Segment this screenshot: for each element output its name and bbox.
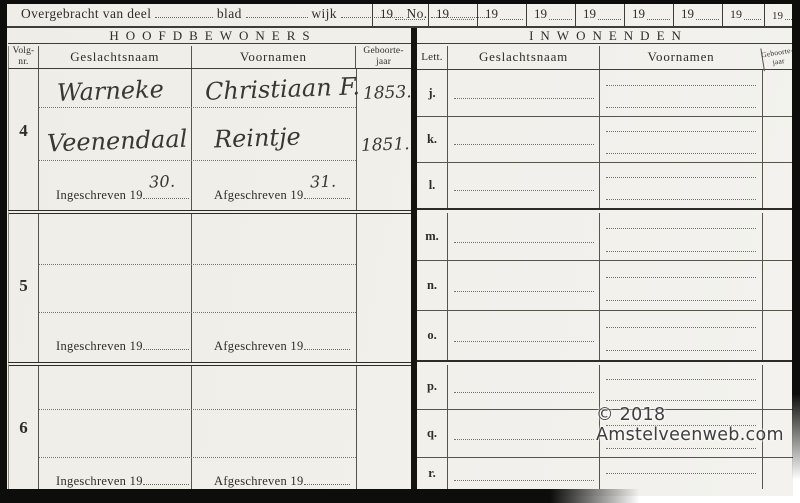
transfer-row: Overgebracht van deel blad wijk No. 19 1… <box>7 2 795 28</box>
label-overgebracht: Overgebracht van deel <box>21 6 151 21</box>
column-line <box>599 365 600 409</box>
column-line <box>447 213 448 260</box>
blank-line-year <box>451 8 474 20</box>
letter-label: o. <box>417 311 447 360</box>
col-header-voornamen: Voornamen <box>599 46 762 69</box>
afgeschreven-field: Afgeschreven 19 <box>214 473 350 489</box>
dotted-writing-line <box>606 473 756 474</box>
year-cells: 19 19 19 19 19 19 19 19 19 <box>372 2 795 26</box>
right-table-title: INWONENDEN <box>417 28 793 44</box>
dotted-writing-line <box>606 85 756 86</box>
dotted-writing-line <box>606 107 756 108</box>
column-line <box>38 69 39 210</box>
column-line <box>762 70 763 116</box>
dotted-writing-line <box>606 400 756 401</box>
afgeschreven-year-value: 31. <box>309 172 336 192</box>
ingeschreven-field: Ingeschreven 19 <box>56 473 189 489</box>
column-line <box>599 117 600 162</box>
blank-line <box>143 338 189 350</box>
column-line <box>599 70 600 116</box>
letter-label: n. <box>417 261 447 310</box>
entry-geboortejaar: 1853. <box>363 82 412 104</box>
letter-label: m. <box>417 213 447 260</box>
column-line <box>447 365 448 409</box>
right-table-header: Lett. Geslachtsnaam Voornamen Geboorte- … <box>417 46 793 70</box>
entry-voornamen: Christiaan F. <box>205 72 361 105</box>
year-cell: 19 <box>477 2 526 26</box>
inwonenden-row-k: k. <box>417 117 793 163</box>
column-line <box>599 213 600 260</box>
inwonenden-row-n: n. <box>417 261 793 311</box>
dotted-writing-line <box>454 392 594 393</box>
dotted-writing-line <box>606 131 756 132</box>
scan-border-right <box>792 0 800 480</box>
year-cell: 19 <box>673 2 722 26</box>
column-line <box>762 117 763 162</box>
dotted-writing-line <box>606 300 756 301</box>
year-cell: 19 <box>624 2 673 26</box>
dotted-writing-line <box>39 107 356 108</box>
column-line <box>447 458 448 489</box>
dotted-writing-line <box>606 448 756 449</box>
column-line <box>762 163 763 208</box>
column-line <box>762 365 763 409</box>
year-cell: 19 <box>722 2 764 26</box>
left-section-5: 5 Ingeschreven 19 Afgeschreven 19 <box>8 210 411 362</box>
year-cell: 19 <box>575 2 624 26</box>
column-line <box>762 261 763 310</box>
scan-border-bottom <box>0 489 640 503</box>
blank-line <box>143 473 189 485</box>
column-line <box>447 311 448 360</box>
dotted-writing-line <box>606 379 756 380</box>
volgnr-value: 4 <box>9 121 38 141</box>
column-line <box>356 214 357 362</box>
dotted-writing-line <box>454 98 594 99</box>
inwonenden-row-j: j. <box>417 70 793 117</box>
dotted-writing-line <box>454 242 594 243</box>
column-line <box>38 214 39 362</box>
column-line <box>191 69 192 210</box>
entry-geslachtsnaam: Veenendaal <box>47 124 188 157</box>
column-line <box>447 70 448 116</box>
dotted-writing-line <box>606 277 756 278</box>
letter-label: l. <box>417 163 447 208</box>
entry-geslachtsnaam: Warneke <box>57 75 165 107</box>
scanned-register-page: Overgebracht van deel blad wijk No. 19 1… <box>0 0 800 503</box>
year-cell: 19 <box>764 2 795 26</box>
letter-label: q. <box>417 410 447 457</box>
inwonenden-row-l: l. <box>417 163 793 210</box>
volgnr-value: 6 <box>9 418 38 438</box>
blank-line-deel <box>155 6 213 18</box>
blank-line-year <box>598 8 621 20</box>
blank-line-year <box>744 8 761 20</box>
blank-line-year <box>500 8 523 20</box>
column-line <box>762 311 763 360</box>
left-section-6: 6 Ingeschreven 19 Afgeschreven 19 <box>8 362 411 489</box>
entry-voornamen: Reintje <box>214 122 302 153</box>
blank-line-year <box>549 8 572 20</box>
column-line <box>762 458 763 489</box>
dotted-writing-line <box>454 480 594 481</box>
letter-label: k. <box>417 117 447 162</box>
transfer-labels: Overgebracht van deel blad wijk No. <box>21 6 373 22</box>
blank-line <box>304 338 350 350</box>
year-cell: 19 <box>526 2 575 26</box>
column-line <box>599 261 600 310</box>
inwonenden-row-o: o. <box>417 311 793 362</box>
column-line <box>599 163 600 208</box>
left-section-4: 4 Warneke Christiaan F. 1853. Veenendaal… <box>8 69 411 210</box>
dotted-writing-line <box>39 160 356 161</box>
col-header-lett: Lett. <box>417 46 447 69</box>
scan-border-top <box>0 0 800 4</box>
ingeschreven-field: Ingeschreven 1930. <box>56 187 189 203</box>
dotted-writing-line <box>606 177 756 178</box>
col-header-geslachtsnaam: Geslachtsnaam <box>447 46 599 69</box>
scan-border-left <box>0 0 7 503</box>
column-line <box>191 214 192 362</box>
dotted-writing-line <box>606 327 756 328</box>
dotted-writing-line <box>606 350 756 351</box>
column-line <box>356 366 357 489</box>
blank-line <box>304 473 350 485</box>
dotted-writing-line <box>606 228 756 229</box>
dotted-writing-line <box>39 409 356 410</box>
col-header-geboortejaar: Geboorte- jaar <box>355 46 411 68</box>
entry-geboortejaar: 1851. <box>361 134 410 156</box>
blank-line-year <box>785 8 792 20</box>
inwonenden-row-r: r. <box>417 458 793 489</box>
dotted-writing-line <box>39 312 356 313</box>
dotted-writing-line <box>606 251 756 252</box>
column-line <box>599 311 600 360</box>
letter-label: r. <box>417 458 447 489</box>
blank-line-year <box>395 8 425 20</box>
dotted-writing-line <box>454 144 594 145</box>
afgeschreven-field: Afgeschreven 19 <box>214 338 350 354</box>
column-line <box>447 117 448 162</box>
dotted-writing-line <box>606 199 756 200</box>
dotted-writing-line <box>454 291 594 292</box>
blank-line-blad <box>246 6 308 18</box>
volgnr-value: 5 <box>9 276 38 296</box>
column-line <box>447 261 448 310</box>
afgeschreven-field: Afgeschreven 1931. <box>214 187 350 203</box>
label-wijk: wijk <box>311 6 337 21</box>
blank-line: 31. <box>304 187 350 199</box>
dotted-writing-line <box>454 439 594 440</box>
col-header-geboortejaar: Geboorte- jaar <box>760 43 794 71</box>
blank-line-year <box>696 8 719 20</box>
blank-line: 30. <box>143 187 189 199</box>
year-cell: 19 <box>372 2 428 26</box>
ingeschreven-field: Ingeschreven 19 <box>56 338 189 354</box>
dotted-writing-line <box>454 190 594 191</box>
dotted-writing-line <box>39 264 356 265</box>
dotted-writing-line <box>606 153 756 154</box>
copyright-watermark: © 2018 Amstelveenweb.com <box>596 405 800 445</box>
col-header-voornamen: Voornamen <box>191 46 356 68</box>
inwonenden-row-m: m. <box>417 213 793 261</box>
inwonenden-row-p: p. <box>417 365 793 410</box>
dotted-writing-line <box>454 341 594 342</box>
column-line <box>38 366 39 489</box>
column-line <box>599 458 600 489</box>
ingeschreven-year-value: 30. <box>148 172 175 192</box>
col-header-volgnr: Volg- nr. <box>9 46 38 68</box>
col-header-geslachtsnaam: Geslachtsnaam <box>38 46 191 68</box>
letter-label: j. <box>417 70 447 116</box>
column-line <box>191 366 192 489</box>
column-line <box>447 410 448 457</box>
column-line <box>447 163 448 208</box>
label-blad: blad <box>217 6 242 21</box>
year-cell: 19 <box>428 2 477 26</box>
dotted-writing-line <box>39 457 356 458</box>
left-table-title: HOOFDBEWONERS <box>8 28 411 44</box>
letter-label: p. <box>417 365 447 409</box>
left-table-header: Volg- nr. Geslachtsnaam Voornamen Geboor… <box>8 46 411 69</box>
column-line <box>762 213 763 260</box>
blank-line-year <box>647 8 670 20</box>
